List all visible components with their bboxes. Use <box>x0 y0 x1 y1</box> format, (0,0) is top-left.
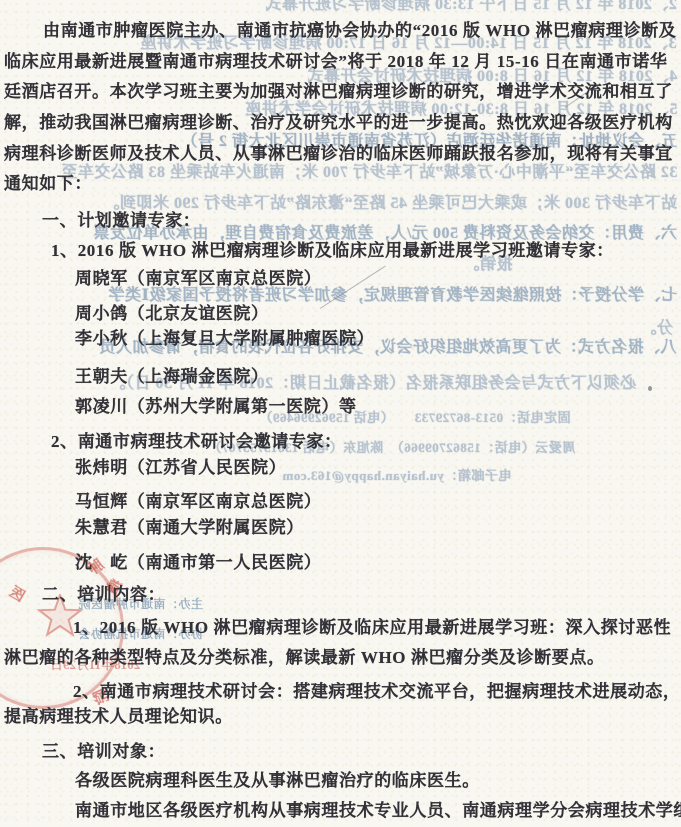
subsection-1-1-heading: 1、2016 版 WHO 淋巴瘤病理诊断及临床应用最新进展学习班邀请专家： <box>51 236 614 261</box>
bleedthrough-line: 电子邮箱：yu.haiyan.happy@163.com <box>282 465 511 484</box>
subsection-1-2-heading: 2、南通市病理技术研讨会邀请专家： <box>51 427 342 452</box>
expert-name-line: 周晓军（南京军区南京总医院） <box>75 264 321 289</box>
section-2-heading: 二、培训内容： <box>42 580 165 605</box>
intro-line: 临床应用最新进展暨南通市病理技术研讨会”将于 2018 年 12 月 15-16… <box>4 47 667 72</box>
expert-name-line: 郭凌川（苏州大学附属第一医院）等 <box>75 392 357 417</box>
content-item-line: 2、南通市病理技术研讨会：搭建病理技术交流平台，把握病理技术进展动态， <box>73 677 681 702</box>
content-item-line: 提高病理技术人员理论知识。 <box>4 702 233 727</box>
expert-name-line: 沈 屹（南通市第一人民医院） <box>75 548 321 573</box>
expert-name-line: 张炜明（江苏省人民医院） <box>75 453 286 478</box>
expert-name-line: 王朝夫（上海瑞金医院） <box>75 362 269 387</box>
section-3-heading: 三、培训对象： <box>42 737 165 762</box>
intro-line: 廷酒店召开。本次学习班主要为加强对淋巴瘤病理诊断的研究，增进学术交流和相互了 <box>4 77 673 102</box>
intro-line: 通知如下： <box>4 169 92 194</box>
expert-name-line: 周小鸽（北京友谊医院） <box>75 299 269 324</box>
expert-name-line: 朱慧君（南通大学附属医院） <box>75 513 304 538</box>
content-item-line: 淋巴瘤的各种类型特点及分类标准，解读最新 WHO 淋巴瘤分类及诊断要点。 <box>4 643 605 668</box>
section-1-heading: 一、计划邀请专家： <box>42 206 200 231</box>
audience-line: 南通市地区各级医疗机构从事病理技术专业人员、南通病理学分会病理技术学组 <box>75 796 681 821</box>
intro-line: 解，推动我国淋巴瘤病理诊断、治疗及研究水平的进一步提高。热忱欢迎各级医疗机构 <box>4 108 673 133</box>
intro-line: 由南通市肿瘤医院主办、南通市抗癌协会协办的“2016 版 WHO 淋巴瘤病理诊断… <box>43 16 676 41</box>
expert-name-line: 马恒辉（南京军区南京总医院） <box>75 487 321 512</box>
audience-line: 各级医院病理科医生及从事淋巴瘤治疗的临床医生。 <box>75 766 480 791</box>
content-item-line: 1、2016 版 WHO 淋巴瘤病理诊断及临床应用最新进展学习班：深入探讨恶性 <box>73 613 671 638</box>
intro-line: 病理科诊断医师及技术人员、从事淋巴瘤诊治的临床医师踊跃报名参加，现将有关事宜 <box>4 139 673 164</box>
scan-dot <box>648 386 652 391</box>
bleedthrough-line: 2、2018 年 12 月 15 日下午 13:30 病理诊断学习班开幕式 <box>265 0 677 14</box>
scanned-document-page: 2、2018 年 12 月 15 日下午 13:30 病理诊断学习班开幕式 3、… <box>0 0 681 827</box>
expert-name-line: 李小秋（上海复旦大学附属肿瘤医院） <box>75 324 374 349</box>
